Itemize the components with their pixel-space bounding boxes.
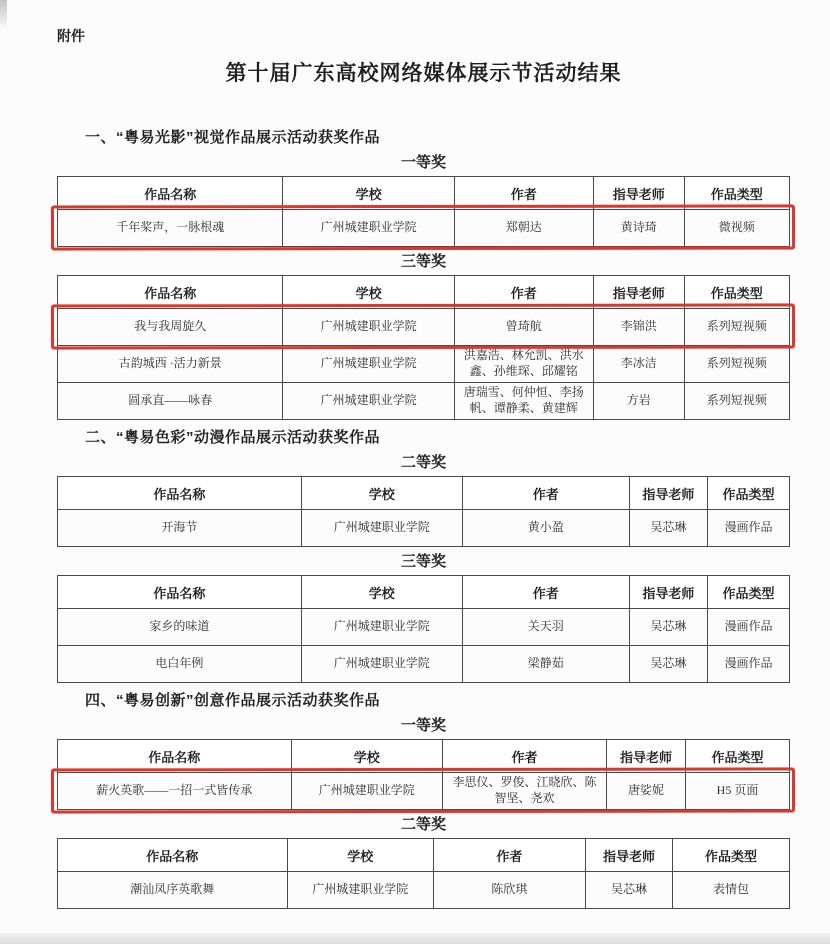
table-header-cell: 学校 bbox=[291, 740, 443, 773]
award-section: 一、“粤易光影”视觉作品展示活动获奖作品一等奖作品名称学校作者指导老师作品类型千… bbox=[57, 128, 790, 420]
table-cell: 黄小盈 bbox=[462, 510, 629, 547]
table-header-cell: 指导老师 bbox=[593, 177, 684, 210]
table-cell: 梁静茹 bbox=[462, 646, 629, 683]
table-row: 家乡的味道广州城建职业学院关天羽吴芯琳漫画作品 bbox=[58, 609, 790, 646]
table-header-cell: 作品类型 bbox=[672, 839, 789, 872]
awards-table: 作品名称学校作者指导老师作品类型开海节广州城建职业学院黄小盈吴芯琳漫画作品 bbox=[57, 476, 790, 547]
award-section: 四、“粤易创新”创意作品展示活动获奖作品一等奖作品名称学校作者指导老师作品类型薪… bbox=[57, 691, 790, 909]
section-heading: 一、“粤易光影”视觉作品展示活动获奖作品 bbox=[85, 128, 790, 148]
table-cell: 广州城建职业学院 bbox=[283, 346, 454, 383]
table-header-cell: 学校 bbox=[283, 177, 454, 210]
award-table-wrap: 作品名称学校作者指导老师作品类型开海节广州城建职业学院黄小盈吴芯琳漫画作品 bbox=[57, 476, 790, 547]
table-row: 潮汕凤序英歌舞广州城建职业学院陈欣琪吴芯琳表情包 bbox=[58, 872, 790, 909]
table-cell: 李锦洪 bbox=[593, 309, 684, 346]
table-header-row: 作品名称学校作者指导老师作品类型 bbox=[58, 477, 790, 510]
awards-table: 作品名称学校作者指导老师作品类型我与我周旋久广州城建职业学院曾琦航李锦洪系列短视… bbox=[57, 275, 790, 420]
table-header-cell: 作品类型 bbox=[686, 740, 790, 773]
table-header-cell: 作品名称 bbox=[58, 740, 292, 773]
awards-table: 作品名称学校作者指导老师作品类型千年桨声，一脉根魂广州城建职业学院郑朝达黄诗琦微… bbox=[57, 176, 790, 247]
table-cell: 广州城建职业学院 bbox=[283, 383, 454, 420]
table-cell: 漫画作品 bbox=[707, 510, 789, 547]
table-cell: 郑朝达 bbox=[454, 210, 593, 247]
table-cell: 吴芯琳 bbox=[629, 510, 707, 547]
table-cell: 广州城建职业学院 bbox=[301, 510, 462, 547]
awards-table: 作品名称学校作者指导老师作品类型薪火英歌——一招一式皆传承广州城建职业学院李思仪… bbox=[57, 739, 790, 810]
scan-corner-smudge bbox=[0, 0, 7, 30]
table-header-cell: 作者 bbox=[462, 477, 629, 510]
table-cell: 表情包 bbox=[672, 872, 789, 909]
table-header-cell: 指导老师 bbox=[606, 740, 685, 773]
scan-edge bbox=[0, 933, 830, 944]
table-header-cell: 作品类型 bbox=[707, 477, 789, 510]
award-level-label: 二等奖 bbox=[57, 816, 790, 834]
table-row: 古韵城西 ·活力新景广州城建职业学院洪嘉浩、林允凯、洪水鑫、孙维琛、邱耀铭李冰洁… bbox=[58, 346, 790, 383]
table-cell: 广州城建职业学院 bbox=[301, 609, 462, 646]
table-header-cell: 学校 bbox=[287, 839, 433, 872]
table-row: 千年桨声，一脉根魂广州城建职业学院郑朝达黄诗琦微视频 bbox=[58, 210, 790, 247]
table-header-cell: 学校 bbox=[301, 477, 462, 510]
table-cell: 家乡的味道 bbox=[58, 609, 302, 646]
table-cell: 吴芯琳 bbox=[629, 646, 707, 683]
section-heading: 四、“粤易创新”创意作品展示活动获奖作品 bbox=[85, 691, 790, 711]
table-cell: 广州城建职业学院 bbox=[283, 309, 454, 346]
table-cell: 陈欣琪 bbox=[433, 872, 585, 909]
table-cell: 曾琦航 bbox=[454, 309, 593, 346]
table-header-cell: 作品名称 bbox=[58, 477, 302, 510]
table-cell: 圆承直——咏春 bbox=[58, 383, 283, 420]
table-cell: 广州城建职业学院 bbox=[301, 646, 462, 683]
table-header-cell: 作者 bbox=[433, 839, 585, 872]
table-row: 开海节广州城建职业学院黄小盈吴芯琳漫画作品 bbox=[58, 510, 790, 547]
table-header-cell: 学校 bbox=[283, 276, 454, 309]
table-cell: 李冰洁 bbox=[593, 346, 684, 383]
award-level-label: 三等奖 bbox=[57, 553, 790, 571]
table-cell: 广州城建职业学院 bbox=[287, 872, 433, 909]
awards-table: 作品名称学校作者指导老师作品类型潮汕凤序英歌舞广州城建职业学院陈欣琪吴芯琳表情包 bbox=[57, 838, 790, 909]
table-header-cell: 作品名称 bbox=[58, 276, 283, 309]
table-header-cell: 指导老师 bbox=[593, 276, 684, 309]
table-row: 电白年例广州城建职业学院梁静茹吴芯琳漫画作品 bbox=[58, 646, 790, 683]
document-page: 附件 第十届广东高校网络媒体展示节活动结果 一、“粤易光影”视觉作品展示活动获奖… bbox=[0, 0, 830, 909]
award-level-label: 一等奖 bbox=[57, 717, 790, 735]
section-heading: 二、“粤易色彩”动漫作品展示活动获奖作品 bbox=[85, 428, 790, 448]
table-header-cell: 作品类型 bbox=[707, 576, 789, 609]
table-cell: 系列短视频 bbox=[684, 346, 789, 383]
table-cell: 薪火英歌——一招一式皆传承 bbox=[58, 773, 292, 810]
award-table-wrap: 作品名称学校作者指导老师作品类型薪火英歌——一招一式皆传承广州城建职业学院李思仪… bbox=[57, 739, 790, 810]
table-header-cell: 作品名称 bbox=[58, 177, 283, 210]
table-cell: 潮汕凤序英歌舞 bbox=[58, 872, 288, 909]
table-header-row: 作品名称学校作者指导老师作品类型 bbox=[58, 740, 790, 773]
table-cell: H5 页面 bbox=[686, 773, 790, 810]
table-row: 薪火英歌——一招一式皆传承广州城建职业学院李思仪、罗俊、江晓欣、陈智坚、尧欢唐娑… bbox=[58, 773, 790, 810]
table-row: 圆承直——咏春广州城建职业学院唐瑞雪、何仲恒、李扬帆、谭静柔、黄建辉方岩系列短视… bbox=[58, 383, 790, 420]
page-title: 第十届广东高校网络媒体展示节活动结果 bbox=[57, 60, 790, 88]
award-table-wrap: 作品名称学校作者指导老师作品类型潮汕凤序英歌舞广州城建职业学院陈欣琪吴芯琳表情包 bbox=[57, 838, 790, 909]
table-cell: 方岩 bbox=[593, 383, 684, 420]
table-cell: 千年桨声，一脉根魂 bbox=[58, 210, 283, 247]
table-cell: 广州城建职业学院 bbox=[283, 210, 454, 247]
table-cell: 电白年例 bbox=[58, 646, 302, 683]
table-header-cell: 作品名称 bbox=[58, 839, 288, 872]
table-header-row: 作品名称学校作者指导老师作品类型 bbox=[58, 576, 790, 609]
table-header-row: 作品名称学校作者指导老师作品类型 bbox=[58, 839, 790, 872]
table-header-cell: 作品名称 bbox=[58, 576, 302, 609]
table-header-cell: 作者 bbox=[454, 177, 593, 210]
table-header-cell: 学校 bbox=[301, 576, 462, 609]
table-cell: 开海节 bbox=[58, 510, 302, 547]
awards-table: 作品名称学校作者指导老师作品类型家乡的味道广州城建职业学院关天羽吴芯琳漫画作品电… bbox=[57, 575, 790, 683]
award-table-wrap: 作品名称学校作者指导老师作品类型我与我周旋久广州城建职业学院曾琦航李锦洪系列短视… bbox=[57, 275, 790, 420]
table-header-cell: 作者 bbox=[454, 276, 593, 309]
table-cell: 漫画作品 bbox=[707, 609, 789, 646]
table-cell: 吴芯琳 bbox=[585, 872, 672, 909]
award-level-label: 二等奖 bbox=[57, 454, 790, 472]
table-header-row: 作品名称学校作者指导老师作品类型 bbox=[58, 276, 790, 309]
award-section: 二、“粤易色彩”动漫作品展示活动获奖作品二等奖作品名称学校作者指导老师作品类型开… bbox=[57, 428, 790, 683]
table-header-cell: 指导老师 bbox=[629, 477, 707, 510]
table-cell: 黄诗琦 bbox=[593, 210, 684, 247]
table-cell: 系列短视频 bbox=[684, 383, 789, 420]
table-cell: 漫画作品 bbox=[707, 646, 789, 683]
award-level-label: 三等奖 bbox=[57, 253, 790, 271]
table-cell: 我与我周旋久 bbox=[58, 309, 283, 346]
sections-container: 一、“粤易光影”视觉作品展示活动获奖作品一等奖作品名称学校作者指导老师作品类型千… bbox=[57, 128, 790, 909]
table-header-row: 作品名称学校作者指导老师作品类型 bbox=[58, 177, 790, 210]
table-cell: 洪嘉浩、林允凯、洪水鑫、孙维琛、邱耀铭 bbox=[454, 346, 593, 383]
award-table-wrap: 作品名称学校作者指导老师作品类型千年桨声，一脉根魂广州城建职业学院郑朝达黄诗琦微… bbox=[57, 176, 790, 247]
table-cell: 唐瑞雪、何仲恒、李扬帆、谭静柔、黄建辉 bbox=[454, 383, 593, 420]
table-cell: 唐娑妮 bbox=[606, 773, 685, 810]
table-cell: 李思仪、罗俊、江晓欣、陈智坚、尧欢 bbox=[443, 773, 607, 810]
table-cell: 吴芯琳 bbox=[629, 609, 707, 646]
table-header-cell: 作品类型 bbox=[684, 177, 789, 210]
table-cell: 微视频 bbox=[684, 210, 789, 247]
table-cell: 古韵城西 ·活力新景 bbox=[58, 346, 283, 383]
table-cell: 系列短视频 bbox=[684, 309, 789, 346]
award-level-label: 一等奖 bbox=[57, 154, 790, 172]
table-header-cell: 作品类型 bbox=[684, 276, 789, 309]
table-header-cell: 作者 bbox=[462, 576, 629, 609]
table-row: 我与我周旋久广州城建职业学院曾琦航李锦洪系列短视频 bbox=[58, 309, 790, 346]
attachment-label: 附件 bbox=[57, 26, 790, 46]
table-header-cell: 指导老师 bbox=[629, 576, 707, 609]
award-table-wrap: 作品名称学校作者指导老师作品类型家乡的味道广州城建职业学院关天羽吴芯琳漫画作品电… bbox=[57, 575, 790, 683]
table-header-cell: 指导老师 bbox=[585, 839, 672, 872]
table-header-cell: 作者 bbox=[443, 740, 607, 773]
table-cell: 关天羽 bbox=[462, 609, 629, 646]
table-cell: 广州城建职业学院 bbox=[291, 773, 443, 810]
